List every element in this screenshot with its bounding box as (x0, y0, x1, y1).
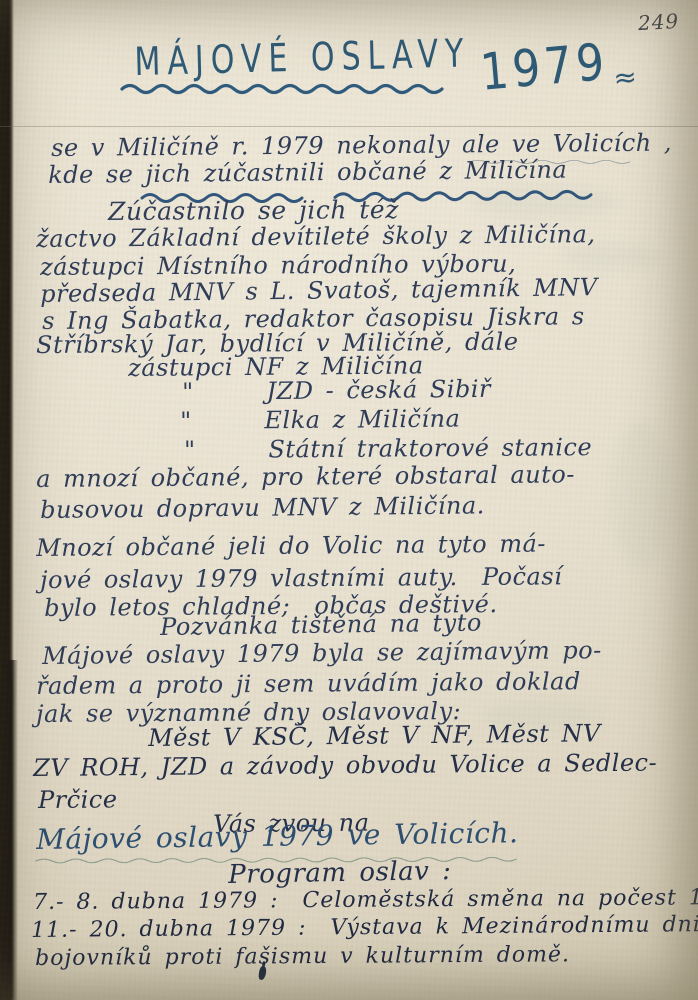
hand-line-ditto: " Státní traktorové stanice (184, 433, 592, 464)
page-title: MÁJOVÉ OSLAVY (134, 31, 471, 85)
hand-line: ZV ROH, JZD a závody obvodu Volice a Sed… (33, 749, 657, 782)
approx-mark: ≈ (612, 60, 638, 95)
scan-left-edge-bottom (0, 660, 18, 1000)
program-item: 11.- 20. dubna 1979 : Výstava k Mezináro… (31, 912, 698, 943)
paper-crease (0, 126, 698, 127)
program-item: 7.- 8. dubna 1979 : Celoměstská směna na… (33, 885, 698, 915)
chronicle-page-photo: 249 MÁJOVÉ OSLAVY 1979 ≈ se v Miličíně r… (0, 0, 698, 1000)
hand-line: Pozvánka tištěná na tyto (160, 609, 482, 641)
hand-line: Prčice (38, 785, 118, 814)
hand-line: kde se jich zúčastnili občané z Miličína (48, 156, 567, 189)
page-number: 249 (637, 9, 679, 35)
invitation-heading: Májové oslavy 1979 ve Volicích. (36, 816, 519, 856)
hand-line-ditto: " Elka z Miličína (180, 405, 460, 435)
ink-blot (258, 966, 267, 981)
hand-line: a mnozí občané, pro které obstaral auto- (36, 460, 575, 493)
hand-line: Mnozí občané jeli do Volic na tyto má- (36, 530, 546, 562)
bleedthrough-smudge (610, 420, 670, 570)
hand-line: busovou dopravu MNV z Miličína. (40, 491, 485, 524)
program-heading: Program oslav : (228, 856, 452, 890)
wavy-underline-title (120, 82, 455, 96)
hand-line: žactvo Základní devítileté školy z Milič… (36, 220, 596, 253)
program-item: bojovníků proti fašismu v kulturním domě… (35, 942, 570, 971)
hand-line: Májové oslavy 1979 byla se zajímavým po- (42, 636, 602, 670)
page-title-year: 1979 (478, 33, 611, 103)
hand-line: řadem a proto ji sem uvádím jako doklad (36, 667, 581, 700)
hand-line: Měst V KSČ, Měst V NF, Měst NV (148, 719, 601, 752)
hand-line-ditto: " JZD - česká Sibiř (182, 375, 491, 406)
